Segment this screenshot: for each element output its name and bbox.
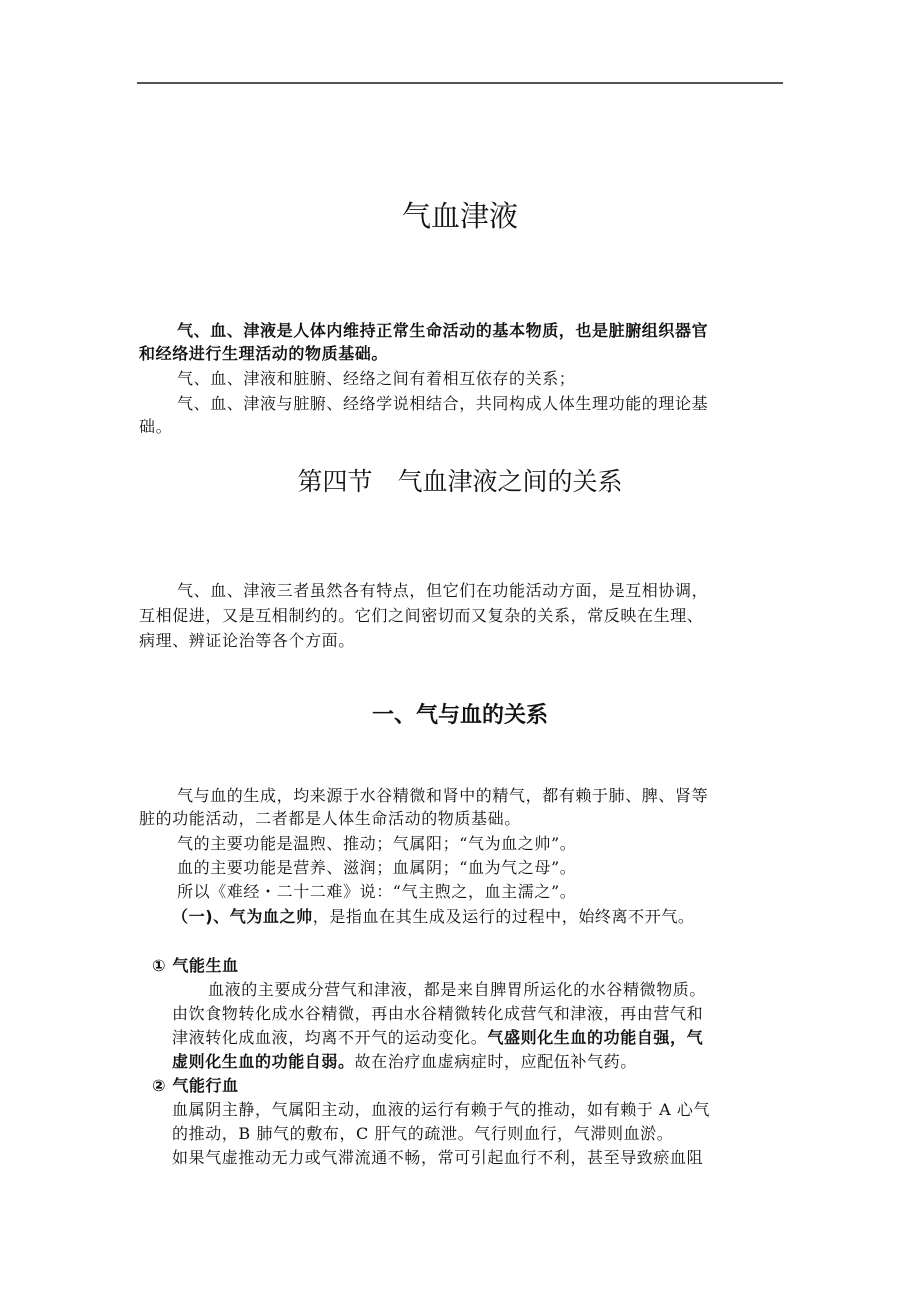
item-1-line-3: 津液转化成血液，均离不开气的运动变化。气盛则化生血的功能自强，气: [172, 1027, 703, 1049]
subsection-paragraph-line-1: 气与血的生成，均来源于水谷精微和肾中的精气，都有赖于肺、脾、肾等: [177, 785, 708, 807]
blood-function-line: 血的主要功能是营养、滋润；血属阴；“血为气之母”。: [177, 857, 576, 879]
item-2-line-3: 如果气虚推动无力或气滞流通不畅，常可引起血行不利，甚至导致瘀血阻: [172, 1147, 703, 1169]
section-paragraph-line-2: 互相促进，又是互相制约的。它们之间密切而又复杂的关系，常反映在生理、: [139, 605, 703, 627]
item-2-heading: ② 气能行血: [152, 1075, 239, 1097]
subsection-paragraph-line-2: 脏的功能活动，二者都是人体生命活动的物质基础。: [139, 808, 521, 830]
section-paragraph-line-3: 病理、辨证论治等各个方面。: [139, 630, 355, 652]
item-1-line-2: 由饮食物转化成水谷精微，再由水谷精微转化成营气和津液，再由营气和: [172, 1003, 703, 1025]
header-rule: [137, 82, 783, 84]
intro-paragraph-1-line-1: 气、血、津液是人体内维持正常生命活动的基本物质，也是脏腑组织器官: [177, 320, 708, 342]
item-2-line-2: 的推动，B 肺气的敷布，C 肝气的疏泄。气行则血行，气滞则血淤。: [172, 1123, 673, 1145]
intro-paragraph-3-line-2: 础。: [139, 416, 172, 438]
intro-paragraph-1-line-2: 和经络进行生理活动的物质基础。: [139, 343, 388, 365]
item-1-line-4-normal: 故在治疗血虚病症时，应配伍补气药。: [355, 1052, 637, 1071]
point-1-rest: ，是指血在其生成及运行的过程中，始终离不开气。: [313, 907, 695, 926]
nanjing-quote-line: 所以《难经・二十二难》说：“气主煦之，血主濡之”。: [177, 881, 576, 903]
item-1-line-1: 血液的主要成分营气和津液，都是来自脾胃所运化的水谷精微物质。: [208, 979, 706, 1001]
item-1-line-3-bold: 气盛则化生血的功能自强，气: [487, 1028, 703, 1047]
intro-paragraph-3-line-1: 气、血、津液与脏腑、经络学说相结合，共同构成人体生理功能的理论基: [177, 393, 708, 415]
document-title: 气血津液: [0, 196, 920, 236]
item-2-line-1: 血属阴主静，气属阳主动，血液的运行有赖于气的推动，如有赖于 A 心气: [172, 1099, 710, 1121]
intro-paragraph-2: 气、血、津液和脏腑、经络之间有着相互依存的关系；: [177, 368, 575, 390]
item-1-heading: ① 气能生血: [152, 955, 239, 977]
document-page: 气血津液 气、血、津液是人体内维持正常生命活动的基本物质，也是脏腑组织器官 和经…: [0, 0, 920, 1302]
item-1-line-3-normal: 津液转化成血液，均离不开气的运动变化。: [172, 1028, 487, 1047]
section-paragraph-line-1: 气、血、津液三者虽然各有特点，但它们在功能活动方面，是互相协调，: [177, 580, 708, 602]
item-1-line-4-bold: 虚则化生血的功能自弱。: [172, 1052, 355, 1071]
section-heading: 第四节 气血津液之间的关系: [0, 464, 920, 500]
subsection-heading: 一、气与血的关系: [0, 700, 920, 732]
point-1-bold: （一)、气为血之帅: [172, 907, 313, 926]
point-1-line: （一)、气为血之帅，是指血在其生成及运行的过程中，始终离不开气。: [172, 906, 695, 928]
item-1-line-4: 虚则化生血的功能自弱。故在治疗血虚病症时，应配伍补气药。: [172, 1051, 637, 1073]
qi-function-line: 气的主要功能是温煦、推动；气属阳；“气为血之帅”。: [177, 833, 576, 855]
